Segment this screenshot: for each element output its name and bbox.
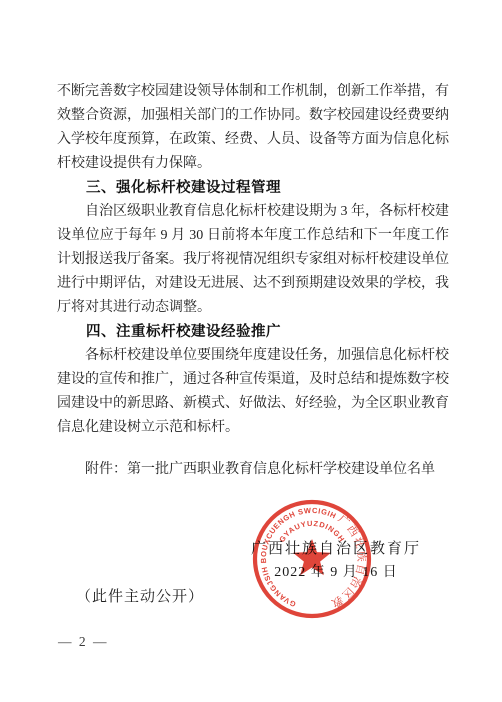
intro-paragraph: 不断完善数字校园建设领导体制和工作机制，创新工作举措，有效整合资源，加强相关部门… <box>57 80 449 176</box>
disclosure-note: （此件主动公开） <box>76 588 204 606</box>
page-number: — 2 — <box>58 634 109 650</box>
section-4-paragraph: 各标杆校建设单位要围绕年度建设任务，加强信息化标杆校建设的宣传和推广，通过各种宣… <box>57 344 449 440</box>
official-seal: GVANGJSIH BOUXCUENGH SWCIGIH 广西壮族自治区教育厅 … <box>249 496 375 622</box>
document-body: 不断完善数字校园建设领导体制和工作机制，创新工作举措，有效整合资源，加强相关部门… <box>57 80 449 482</box>
attachment-line: 附件：第一批广西职业教育信息化标杆学校建设单位名单 <box>57 458 449 482</box>
section-3-paragraph: 自治区级职业教育信息化标杆校建设期为 3 年，各标杆校建设单位应于每年 9 月 … <box>57 200 449 320</box>
section-heading-3: 三、强化标杆校建设过程管理 <box>57 176 449 200</box>
section-heading-4: 四、注重标杆校建设经验推广 <box>57 320 449 344</box>
seal-star-icon <box>293 539 331 575</box>
document-page: 不断完善数字校园建设领导体制和工作机制，创新工作举措，有效整合资源，加强相关部门… <box>0 0 502 702</box>
